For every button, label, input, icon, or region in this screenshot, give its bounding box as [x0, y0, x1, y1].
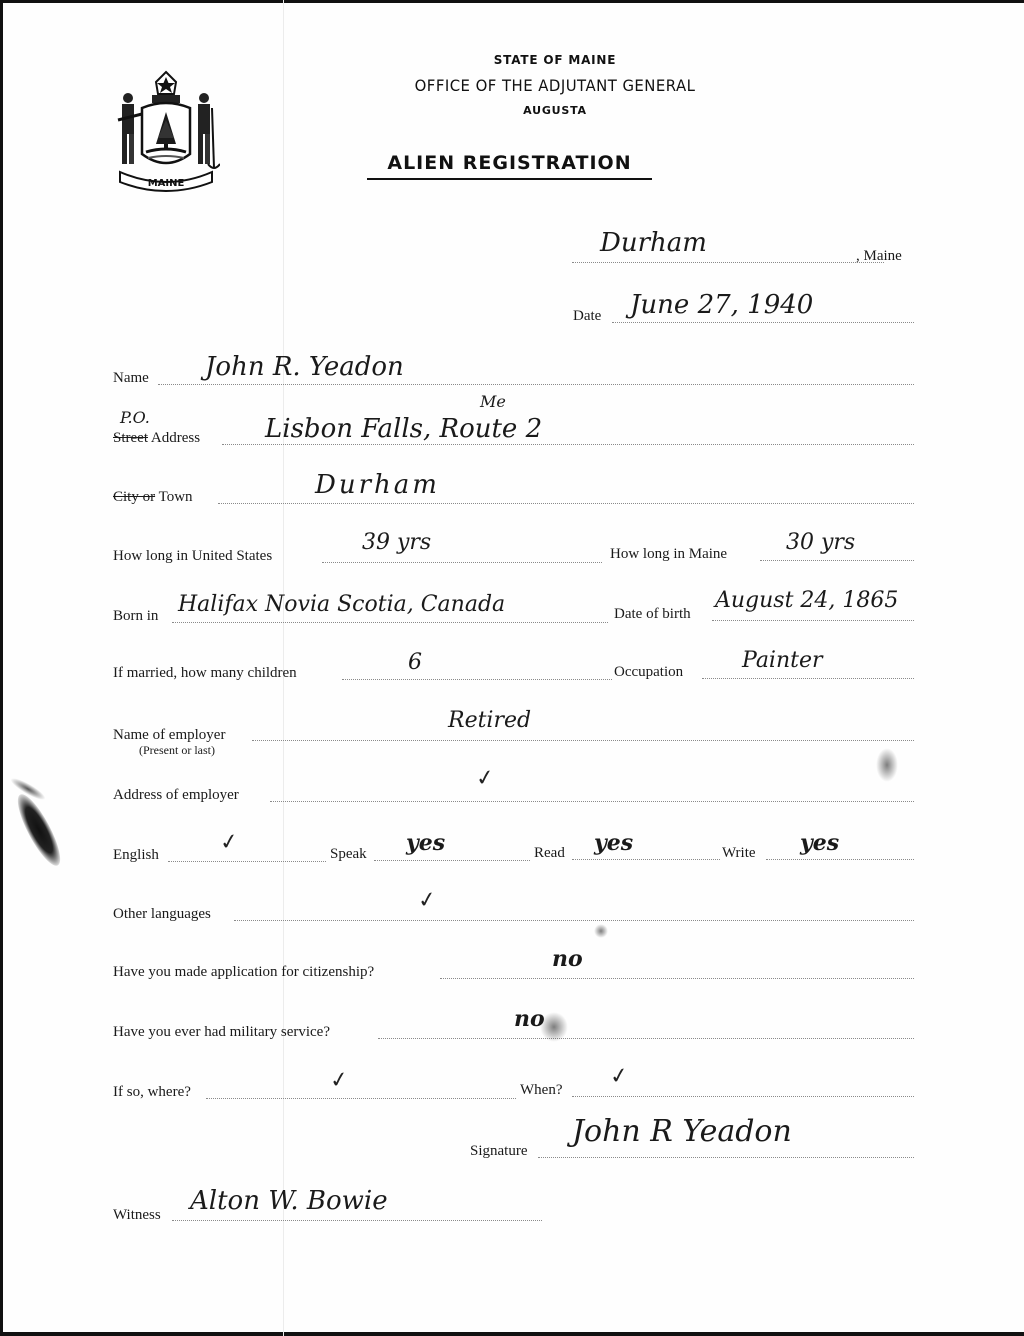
military-field-line	[378, 1038, 914, 1039]
write-label: Write	[722, 845, 756, 862]
where-field-line	[206, 1098, 516, 1099]
employer-address-field-line	[270, 801, 914, 802]
citizenship-value[interactable]: no	[552, 946, 583, 972]
header-city: AUGUSTA	[300, 104, 810, 117]
small-ink-spot	[594, 924, 608, 938]
form-title: ALIEN REGISTRATION	[367, 152, 652, 180]
city-town-value[interactable]: Durham	[315, 470, 440, 500]
header-state: STATE OF MAINE	[300, 53, 810, 67]
time-in-us-field-line	[322, 562, 602, 563]
read-label: Read	[534, 845, 565, 862]
military-label: Have you ever had military service?	[113, 1024, 330, 1041]
read-value[interactable]: yes	[594, 830, 633, 856]
english-field-line	[168, 861, 326, 862]
date-label: Date	[573, 308, 601, 325]
date-of-birth-value[interactable]: August 24, 1865	[715, 588, 898, 613]
street-address-value[interactable]: Lisbon Falls, Route 2	[265, 414, 542, 444]
employer-address-check-icon[interactable]: ✓	[474, 765, 496, 792]
city-town-label-text: Town	[155, 489, 192, 505]
witness-value[interactable]: Alton W. Bowie	[190, 1186, 388, 1216]
children-label: If married, how many children	[113, 665, 297, 682]
employer-name-sublabel: (Present or last)	[139, 743, 215, 758]
occupation-value[interactable]: Painter	[742, 648, 823, 673]
date-of-birth-label: Date of birth	[614, 606, 691, 623]
date-of-birth-field-line	[712, 620, 914, 621]
speak-field-line	[374, 860, 530, 861]
date-field-line	[612, 322, 914, 323]
when-field-line	[572, 1096, 914, 1097]
when-label: When?	[520, 1082, 562, 1099]
born-in-value[interactable]: Halifax Novia Scotia, Canada	[178, 592, 505, 617]
street-address-superscript: Me	[480, 392, 506, 411]
write-value[interactable]: yes	[800, 830, 839, 856]
street-address-struck-word: Street	[113, 430, 148, 446]
children-field-line	[342, 679, 612, 680]
signature-label: Signature	[470, 1143, 528, 1160]
name-field-line	[158, 384, 914, 385]
time-in-us-value[interactable]: 39 yrs	[362, 530, 431, 555]
city-town-struck-word: City or	[113, 489, 155, 505]
citizenship-field-line	[440, 978, 914, 979]
born-in-field-line	[172, 622, 608, 623]
employer-name-label: Name of employer	[113, 727, 225, 744]
scan-border-top	[0, 0, 1024, 3]
employer-address-label: Address of employer	[113, 787, 239, 804]
english-check-icon[interactable]: ✓	[218, 829, 240, 856]
children-value[interactable]: 6	[408, 650, 422, 675]
time-in-maine-label: How long in Maine	[610, 546, 727, 563]
street-address-annotation: P.O.	[120, 408, 150, 427]
location-field-line	[572, 262, 884, 263]
street-address-label: Street Address	[113, 430, 200, 447]
occupation-field-line	[702, 678, 914, 679]
seal-banner-text: MAINE	[148, 178, 185, 189]
street-address-label-text: Address	[148, 430, 200, 446]
signature-value[interactable]: John R Yeadon	[572, 1114, 792, 1149]
occupation-label: Occupation	[614, 664, 683, 681]
location-value[interactable]: Durham	[600, 228, 707, 258]
citizenship-label: Have you made application for citizenshi…	[113, 964, 374, 981]
employer-name-field-line	[252, 740, 914, 741]
where-check-icon[interactable]: ✓	[328, 1067, 350, 1094]
write-field-line	[766, 859, 914, 860]
witness-field-line	[172, 1220, 542, 1221]
right-margin-smudge	[876, 748, 898, 782]
city-town-label: City or Town	[113, 489, 193, 506]
name-value[interactable]: John R. Yeadon	[205, 352, 404, 382]
name-label: Name	[113, 370, 149, 387]
ink-smudge	[540, 1012, 568, 1042]
city-town-field-line	[218, 503, 914, 504]
street-address-field-line	[222, 444, 914, 445]
date-value[interactable]: June 27, 1940	[630, 290, 813, 320]
time-in-maine-value[interactable]: 30 yrs	[786, 530, 855, 555]
english-label: English	[113, 847, 159, 864]
time-in-maine-field-line	[760, 560, 914, 561]
speak-label: Speak	[330, 846, 367, 863]
speak-value[interactable]: yes	[406, 830, 445, 856]
scan-border-left	[0, 0, 3, 1336]
signature-field-line	[538, 1157, 914, 1158]
time-in-us-label: How long in United States	[113, 548, 272, 565]
header-office: OFFICE OF THE ADJUTANT GENERAL	[318, 76, 792, 95]
location-suffix: , Maine	[856, 248, 902, 265]
other-languages-label: Other languages	[113, 906, 211, 923]
state-seal-icon: MAINE	[112, 68, 220, 196]
scan-border-bottom	[0, 1332, 1024, 1336]
other-languages-check-icon[interactable]: ✓	[416, 887, 438, 914]
witness-label: Witness	[113, 1207, 161, 1224]
other-languages-field-line	[234, 920, 914, 921]
employer-name-value[interactable]: Retired	[448, 708, 531, 733]
born-in-label: Born in	[113, 608, 158, 625]
when-check-icon[interactable]: ✓	[608, 1063, 630, 1090]
read-field-line	[572, 859, 720, 860]
where-label: If so, where?	[113, 1084, 191, 1101]
